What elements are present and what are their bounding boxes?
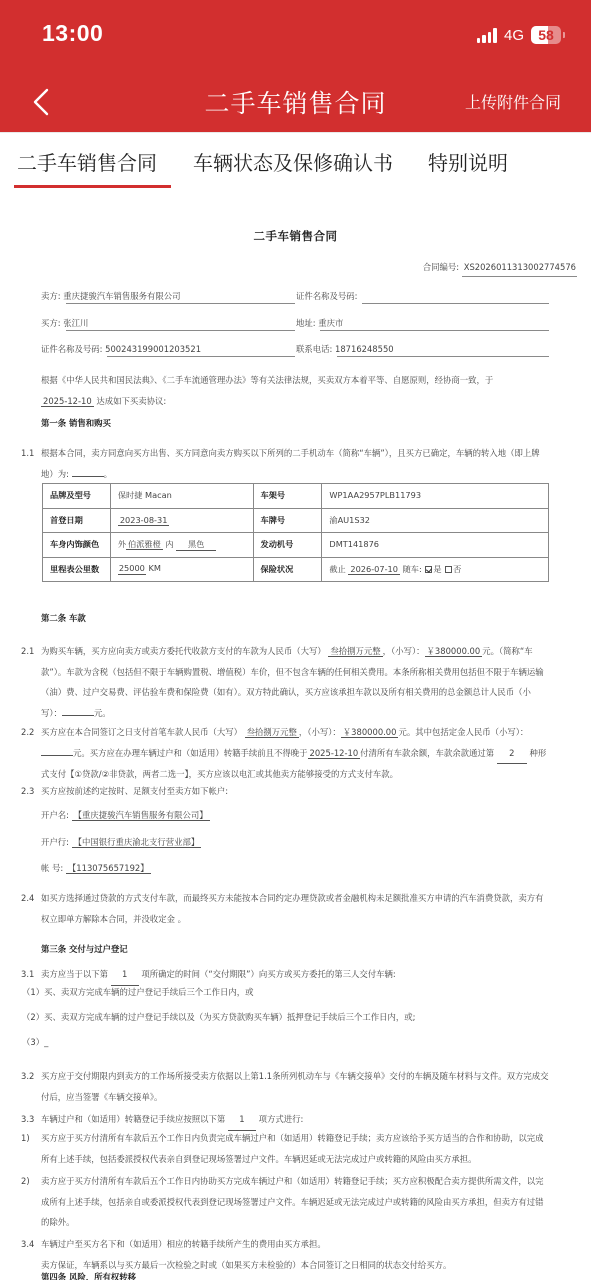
insurance-cell: 截止 2026-07-10 随车: 是 否 bbox=[322, 557, 549, 582]
insurance-prefix: 截止 bbox=[329, 564, 345, 574]
clause-2-1: 为购买车辆，买方应向卖方或卖方委托代收款方支付的车款为人民币（大写） 叁拾捌万元… bbox=[41, 641, 551, 723]
contract-title: 二手车销售合同 bbox=[0, 228, 591, 244]
contract-number-field: 合同编号: XS2026011313002774576 bbox=[423, 262, 577, 277]
clause-3-2: 买方应于交付期限内到卖方的工作场所接受卖方依据以上第1.1条所列机动车与《车辆交… bbox=[41, 1066, 551, 1107]
account-bank-field: 开户行: 【中国银行重庆渝北支行营业部】 bbox=[41, 837, 201, 849]
section-3-heading: 第三条 交付与过户登记 bbox=[41, 944, 128, 956]
buyer-id-value: 500243199001203521 bbox=[105, 344, 201, 354]
account-name: 【重庆捷骏汽车销售服务有限公司】 bbox=[72, 810, 210, 821]
vin-value: WP1AA2957PLB11793 bbox=[322, 484, 549, 509]
interior-prefix: 内 bbox=[165, 539, 173, 549]
vin-label: 车架号 bbox=[253, 484, 322, 509]
contract-number-label: 合同编号: bbox=[423, 262, 459, 272]
account-number-label: 帐 号: bbox=[41, 863, 63, 873]
seller-underline bbox=[66, 303, 295, 304]
clause-3-3-1: 买方应于买方付清所有车款后五个工作日内负责完成车辆过户和（如适用）转籍登记手续；… bbox=[41, 1128, 551, 1169]
interior-color: 黑色 bbox=[176, 539, 216, 551]
contract-number: XS2026011313002774576 bbox=[462, 262, 577, 277]
tab-bar: 二手车销售合同 车辆状态及保修确认书 特别说明 bbox=[0, 132, 591, 190]
insurance-expiry: 2026-07-10 bbox=[348, 564, 400, 575]
clause-text: 买方应在本合同签订之日支付首笔车款人民币（大写） bbox=[41, 727, 242, 737]
engine-label: 发动机号 bbox=[253, 533, 322, 558]
clause-text: 车辆过户和（如适用）转籍登记手续应按照以下第 bbox=[41, 1114, 225, 1124]
table-row: 里程表公里数 25000 KM 保险状况 截止 2026-07-10 随车: 是… bbox=[43, 557, 549, 582]
preamble-text: 根据《中华人民共和国民法典》、《二手车流通管理办法》等有关法律法规，买卖双方本着… bbox=[41, 375, 493, 385]
account-number-field: 帐 号: 【113075657192】 bbox=[41, 863, 151, 875]
clause-2-3: 买方应按前述约定按时、足额支付至卖方如下帐户: bbox=[41, 781, 551, 802]
clause-number: 1) bbox=[21, 1133, 30, 1145]
mileage-value: 25000 bbox=[118, 563, 146, 575]
nav-bar: 二手车销售合同 上传附件合同 bbox=[0, 72, 591, 132]
battery-tip bbox=[563, 32, 565, 38]
insurance-with-car-label: 随车: bbox=[403, 564, 422, 574]
exterior-color: 伯派雅橙 bbox=[126, 539, 163, 550]
battery-level: 58 bbox=[531, 26, 561, 44]
clause-2-2: 买方应在本合同签订之日支付首笔车款人民币（大写） 叁拾捌万元整，（小写）：￥38… bbox=[41, 722, 551, 785]
phone-field: 联系电话: 18716248550 bbox=[296, 344, 394, 356]
table-row: 车身内饰颜色 外伯派雅橙 内 黑色 发动机号 DMT141876 bbox=[43, 533, 549, 558]
clause-number: 2.2 bbox=[21, 727, 34, 739]
first-payment-numeric: ￥380000.00 bbox=[341, 727, 399, 738]
app-header: 13:00 4G 58 二手车销售合同 上传附件合同 bbox=[0, 0, 591, 132]
insurance-no-label: 否 bbox=[453, 564, 461, 574]
preamble-text-end: 达成如下买卖协议: bbox=[94, 396, 166, 406]
clause-number: 3.1 bbox=[21, 969, 34, 981]
payment-method: 2 bbox=[497, 743, 527, 765]
exterior-prefix: 外 bbox=[118, 539, 126, 549]
clause-3-3-2: 卖方应于买方付清所有车款后五个工作日内协助买方完成车辆过户和（如适用）转籍登记手… bbox=[41, 1171, 551, 1233]
clause-number: 3.2 bbox=[21, 1071, 34, 1083]
address-underline bbox=[320, 330, 549, 331]
buyer-field: 买方: 张江川 bbox=[41, 318, 88, 330]
clause-text: ，（小写）： bbox=[299, 727, 341, 737]
clause-text: 项方式进行: bbox=[259, 1114, 304, 1124]
clause-1-1: 根据本合同，卖方同意向买方出售、买方同意向卖方购买以下所列的二手机动车（简称“车… bbox=[41, 443, 551, 484]
network-type: 4G bbox=[504, 27, 524, 44]
tab-special-notes[interactable]: 特别说明 bbox=[428, 147, 508, 176]
agreement-date: 2025-12-10 bbox=[41, 396, 94, 407]
mileage-unit: KM bbox=[148, 563, 160, 573]
plate-label: 车牌号 bbox=[253, 508, 322, 533]
color-label: 车身内饰颜色 bbox=[43, 533, 111, 558]
address-field: 地址: 重庆市 bbox=[296, 318, 343, 330]
account-name-label: 开户名: bbox=[41, 810, 69, 820]
insurance-yes-checkbox[interactable] bbox=[425, 566, 432, 573]
insurance-no-checkbox[interactable] bbox=[445, 566, 452, 573]
registration-place-blank bbox=[72, 468, 104, 477]
clause-number: 1.1 bbox=[21, 448, 34, 460]
insurance-label: 保险状况 bbox=[253, 557, 322, 582]
delivery-option-2: （2）买、卖双方完成车辆的过户登记手续以及（为买方贷款购买车辆）抵押登记手续后三… bbox=[22, 1012, 415, 1024]
clause-text: 元。买方应在办理车辆过户和（如适用）转籍手续前且不得晚于 bbox=[73, 748, 308, 758]
clause-text: 车辆过户至买方名下和（如适用）相应的转籍手续所产生的费用由买方承担。 bbox=[41, 1239, 326, 1249]
account-bank-label: 开户行: bbox=[41, 837, 69, 847]
section-1-heading: 第一条 销售和购买 bbox=[41, 418, 111, 430]
clause-text: 付清所有车款余额，车款余款通过第 bbox=[360, 748, 494, 758]
clause-punct: 。 bbox=[104, 469, 112, 479]
phone-underline bbox=[337, 356, 549, 357]
seller-id-label: 证件名称及号码: bbox=[296, 291, 357, 301]
section-4-heading: 第四条 风险，所有权转移 bbox=[41, 1272, 136, 1280]
buyer-underline bbox=[66, 330, 295, 331]
table-row: 首登日期 2023-08-31 车牌号 渝AU1S32 bbox=[43, 508, 549, 533]
buyer-id-label: 证件名称及号码: bbox=[41, 344, 102, 354]
clause-text: ，（小写）： bbox=[383, 646, 425, 656]
status-time: 13:00 bbox=[42, 20, 103, 47]
account-name-field: 开户名: 【重庆捷骏汽车销售服务有限公司】 bbox=[41, 810, 210, 822]
tab-vehicle-status[interactable]: 车辆状态及保修确认书 bbox=[193, 147, 393, 176]
tab-sales-contract[interactable]: 二手车销售合同 bbox=[17, 147, 157, 176]
balance-deadline: 2025-12-10 bbox=[308, 748, 361, 759]
brand-model-label: 品牌及型号 bbox=[43, 484, 111, 509]
insurance-yes-label: 是 bbox=[433, 564, 441, 574]
delivery-option-3: （3）_ bbox=[22, 1037, 48, 1049]
clause-text: 卖方应当于以下第 bbox=[41, 969, 108, 979]
clause-text: 为购买车辆，买方应向卖方或卖方委托代收款方支付的车款为人民币（大写） bbox=[41, 646, 326, 656]
upload-attachment-button[interactable]: 上传附件合同 bbox=[465, 90, 561, 113]
seller-name: 重庆捷骏汽车销售服务有限公司 bbox=[63, 291, 180, 301]
price-uppercase: 叁拾捌万元整 bbox=[328, 646, 382, 657]
deposit-blank bbox=[41, 747, 73, 756]
first-registration-cell: 2023-08-31 bbox=[110, 508, 253, 533]
clause-3-4: 车辆过户至买方名下和（如适用）相应的转籍手续所产生的费用由买方承担。 卖方保证，… bbox=[41, 1234, 551, 1275]
engine-value: DMT141876 bbox=[322, 533, 549, 558]
clause-number: 2.4 bbox=[21, 893, 34, 905]
total-amount-blank bbox=[62, 707, 94, 716]
seller-id-underline bbox=[362, 303, 549, 304]
first-registration-value: 2023-08-31 bbox=[118, 515, 170, 526]
delivery-option: 1 bbox=[111, 964, 139, 986]
clause-text: 元。 bbox=[94, 708, 111, 718]
clause-number: 2.1 bbox=[21, 646, 34, 658]
clause-2-4: 如买方选择通过贷款的方式支付车款，而最终买方未能按本合同约定办理贷款或者金融机构… bbox=[41, 888, 551, 929]
clause-3-1: 卖方应当于以下第 1 项所确定的时间（“交付期限”）向买方或买方委托的第三人交付… bbox=[41, 964, 551, 986]
mileage-cell: 25000 KM bbox=[110, 557, 253, 582]
preamble: 根据《中华人民共和国民法典》、《二手车流通管理办法》等有关法律法规，买卖双方本着… bbox=[41, 370, 551, 411]
status-indicators: 4G 58 bbox=[477, 24, 565, 46]
buyer-label: 买方: bbox=[41, 318, 61, 328]
phone-value: 18716248550 bbox=[335, 344, 394, 354]
battery-icon: 58 bbox=[531, 26, 561, 44]
first-registration-label: 首登日期 bbox=[43, 508, 111, 533]
address-value: 重庆市 bbox=[318, 318, 343, 328]
brand-model-value: 保时捷 Macan bbox=[110, 484, 253, 509]
color-cell: 外伯派雅橙 内 黑色 bbox=[110, 533, 253, 558]
price-numeric: ￥380000.00 bbox=[425, 646, 483, 657]
clause-text: 卖方保证，车辆系以与买方最后一次检验之时或（如果买方未检验的）本合同签订之日相同… bbox=[41, 1260, 451, 1270]
clause-number: 2) bbox=[21, 1176, 30, 1188]
active-tab-indicator bbox=[14, 185, 171, 188]
seller-id-field: 证件名称及号码: bbox=[296, 291, 357, 303]
table-row: 品牌及型号 保时捷 Macan 车架号 WP1AA2957PLB11793 bbox=[43, 484, 549, 509]
mileage-label: 里程表公里数 bbox=[43, 557, 111, 582]
section-2-heading: 第二条 车款 bbox=[41, 613, 86, 625]
clause-number: 3.4 bbox=[21, 1239, 34, 1251]
account-number: 【113075657192】 bbox=[66, 863, 151, 874]
buyer-id-underline bbox=[107, 356, 295, 357]
clause-number: 3.3 bbox=[21, 1114, 34, 1126]
buyer-name: 张江川 bbox=[63, 318, 88, 328]
seller-field: 卖方: 重庆捷骏汽车销售服务有限公司 bbox=[41, 291, 181, 303]
phone-label: 联系电话: bbox=[296, 344, 332, 354]
plate-value: 渝AU1S32 bbox=[322, 508, 549, 533]
clause-text: 根据本合同，卖方同意向买方出售、买方同意向卖方购买以下所列的二手机动车（简称“车… bbox=[41, 448, 540, 479]
clause-text: 元。其中包括定金人民币（小写）： bbox=[398, 727, 528, 737]
seller-label: 卖方: bbox=[41, 291, 61, 301]
signal-icon bbox=[477, 28, 497, 43]
first-payment-uppercase: 叁拾捌万元整 bbox=[245, 727, 299, 738]
address-label: 地址: bbox=[296, 318, 316, 328]
clause-number: 2.3 bbox=[21, 786, 34, 798]
vehicle-info-table: 品牌及型号 保时捷 Macan 车架号 WP1AA2957PLB11793 首登… bbox=[42, 483, 549, 582]
delivery-option-1: （1）买、卖双方完成车辆的过户登记手续后三个工作日内，或 bbox=[22, 987, 253, 999]
clause-text: 项所确定的时间（“交付期限”）向买方或买方委托的第三人交付车辆: bbox=[141, 969, 395, 979]
buyer-id-field: 证件名称及号码: 500243199001203521 bbox=[41, 344, 201, 356]
account-bank: 【中国银行重庆渝北支行营业部】 bbox=[72, 837, 202, 848]
